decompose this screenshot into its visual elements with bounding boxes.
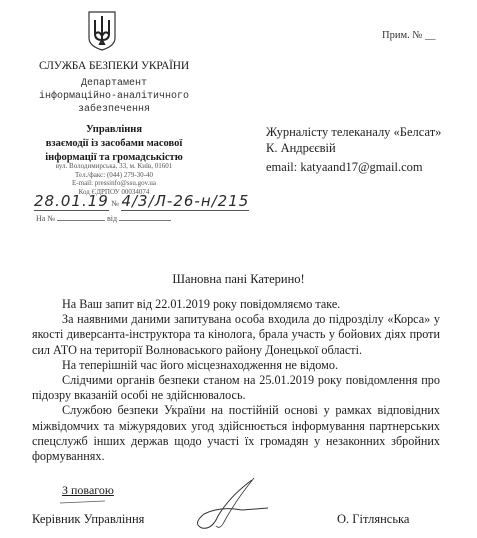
recipient-title: Журналісту телеканалу «Белсат» bbox=[266, 124, 441, 140]
reference-date-blank bbox=[119, 220, 171, 221]
trident-coat-of-arms-icon bbox=[87, 10, 117, 52]
management-line: Управління bbox=[14, 123, 214, 137]
signatory-position: Керівник Управління bbox=[32, 512, 144, 527]
number-label: № bbox=[111, 199, 119, 208]
phone-fax: Тел./факс: (044) 279-30-40 bbox=[14, 171, 214, 180]
reference-line: На № від bbox=[36, 214, 171, 223]
contact-block: вул. Володимирська, 33, м. Київ, 01601 Т… bbox=[14, 162, 214, 196]
body-paragraph: На Ваш запит від 22.01.2019 року повідом… bbox=[32, 297, 440, 312]
management-line: взаємодії із засобами масової bbox=[14, 137, 214, 151]
body-paragraph: На теперішній час його місцезнаходження … bbox=[32, 358, 440, 373]
signature-icon bbox=[190, 476, 270, 534]
recipient-block: Журналісту телеканалу «Белсат» К. Андрєє… bbox=[266, 124, 441, 175]
reference-number-blank bbox=[57, 220, 105, 221]
signatory-name: О. Гітлянська bbox=[337, 512, 410, 527]
org-email: E-mail: pressinfo@ssu.gov.ua bbox=[14, 179, 214, 188]
body-paragraph: Слідчими органів безпеки станом на 25.01… bbox=[32, 373, 440, 403]
registration-line: 28.01.19 № 4/3/Л-26-н/215 bbox=[34, 192, 249, 210]
registration-date: 28.01.19 bbox=[34, 192, 109, 211]
address: вул. Володимирська, 33, м. Київ, 01601 bbox=[14, 162, 214, 171]
department-line: Департамент bbox=[14, 77, 214, 90]
department-line: інформаційно-аналітичного bbox=[14, 90, 214, 103]
registration-number: 4/3/Л-26-н/215 bbox=[121, 192, 249, 211]
management-name: Управління взаємодії із засобами масової… bbox=[14, 123, 214, 165]
body-paragraph: За наявними даними запитувана особа вход… bbox=[32, 312, 440, 358]
greeting: Шановна пані Катерино! bbox=[0, 272, 477, 287]
reference-number-label: На № bbox=[36, 214, 55, 223]
reference-date-label: від bbox=[107, 214, 117, 223]
department-name: Департамент інформаційно-аналітичного за… bbox=[14, 77, 214, 116]
prim-number: Прим. № __ bbox=[382, 30, 436, 41]
recipient-email: email: katyaand17@gmail.com bbox=[266, 159, 441, 175]
regards-underline-stroke bbox=[60, 500, 105, 504]
letter-body: На Ваш запит від 22.01.2019 року повідом… bbox=[32, 297, 440, 464]
organization-name: СЛУЖБА БЕЗПЕКИ УКРАЇНИ bbox=[14, 60, 214, 72]
closing-regards: З повагою bbox=[62, 483, 114, 498]
department-line: забезпечення bbox=[14, 103, 214, 116]
body-paragraph: Службою безпеки України на постійній осн… bbox=[32, 403, 440, 464]
recipient-name: К. Андрєєвій bbox=[266, 140, 441, 156]
